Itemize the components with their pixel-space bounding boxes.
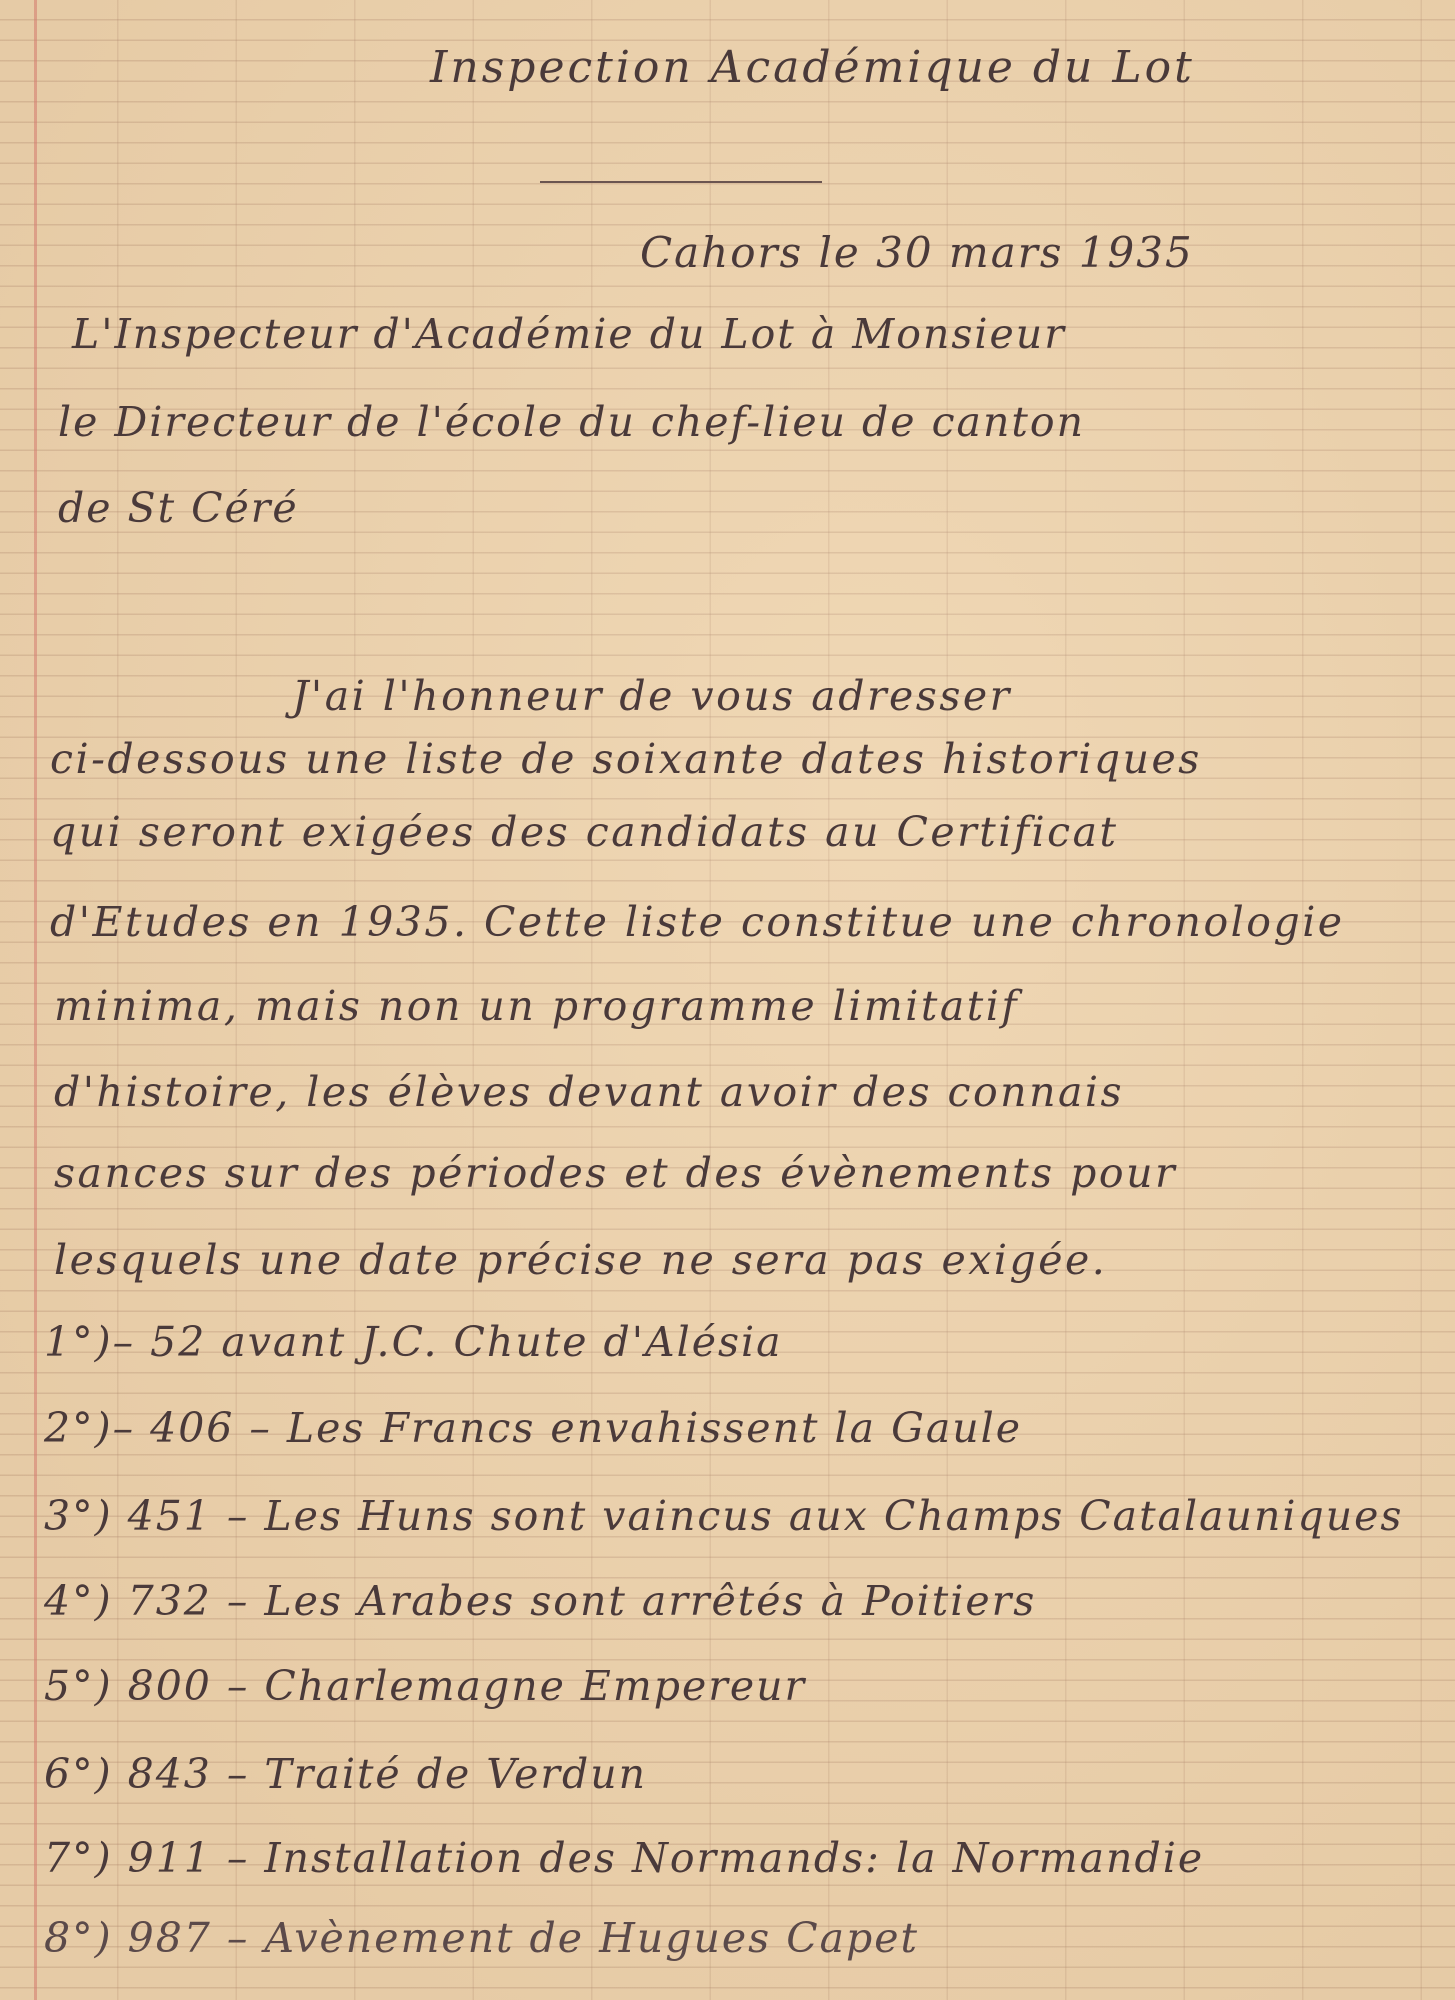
body-line-8: lesquels une date précise ne sera pas ex… [54, 1236, 1107, 1284]
body-line-3: qui seront exigées des candidats au Cert… [50, 808, 1119, 856]
title-underline-divider [540, 181, 822, 183]
body-line-4: d'Etudes en 1935. Cette liste constitue … [50, 898, 1345, 946]
letterhead-title: Inspection Académique du Lot [430, 42, 1195, 93]
address-line-2: le Directeur de l'école du chef-lieu de … [58, 398, 1085, 446]
date-list-item-2: 2°)– 406 – Les Francs envahissent la Gau… [44, 1404, 1022, 1452]
address-line-1: L'Inspecteur d'Académie du Lot à Monsieu… [72, 310, 1066, 358]
body-line-1: J'ai l'honneur de vous adresser [292, 672, 1012, 720]
body-line-6: d'histoire, les élèves devant avoir des … [54, 1068, 1124, 1116]
date-list-item-8: 8°) 987 – Avènement de Hugues Capet [44, 1914, 919, 1962]
place-and-date: Cahors le 30 mars 1935 [640, 228, 1194, 277]
body-line-5: minima, mais non un programme limitatif [54, 982, 1019, 1030]
date-list-item-6: 6°) 843 – Traité de Verdun [44, 1750, 647, 1798]
date-list-item-3: 3°) 451 – Les Huns sont vaincus aux Cham… [44, 1492, 1403, 1540]
date-list-item-4: 4°) 732 – Les Arabes sont arrêtés à Poit… [44, 1577, 1036, 1625]
address-line-3: de St Céré [58, 484, 299, 532]
date-list-item-5: 5°) 800 – Charlemagne Empereur [44, 1662, 806, 1710]
date-list-item-7: 7°) 911 – Installation des Normands: la … [44, 1834, 1204, 1882]
body-line-2: ci-dessous une liste de soixante dates h… [50, 735, 1202, 783]
body-line-7: sances sur des périodes et des évènement… [54, 1149, 1177, 1197]
date-list-item-1: 1°)– 52 avant J.C. Chute d'Alésia [44, 1318, 783, 1366]
